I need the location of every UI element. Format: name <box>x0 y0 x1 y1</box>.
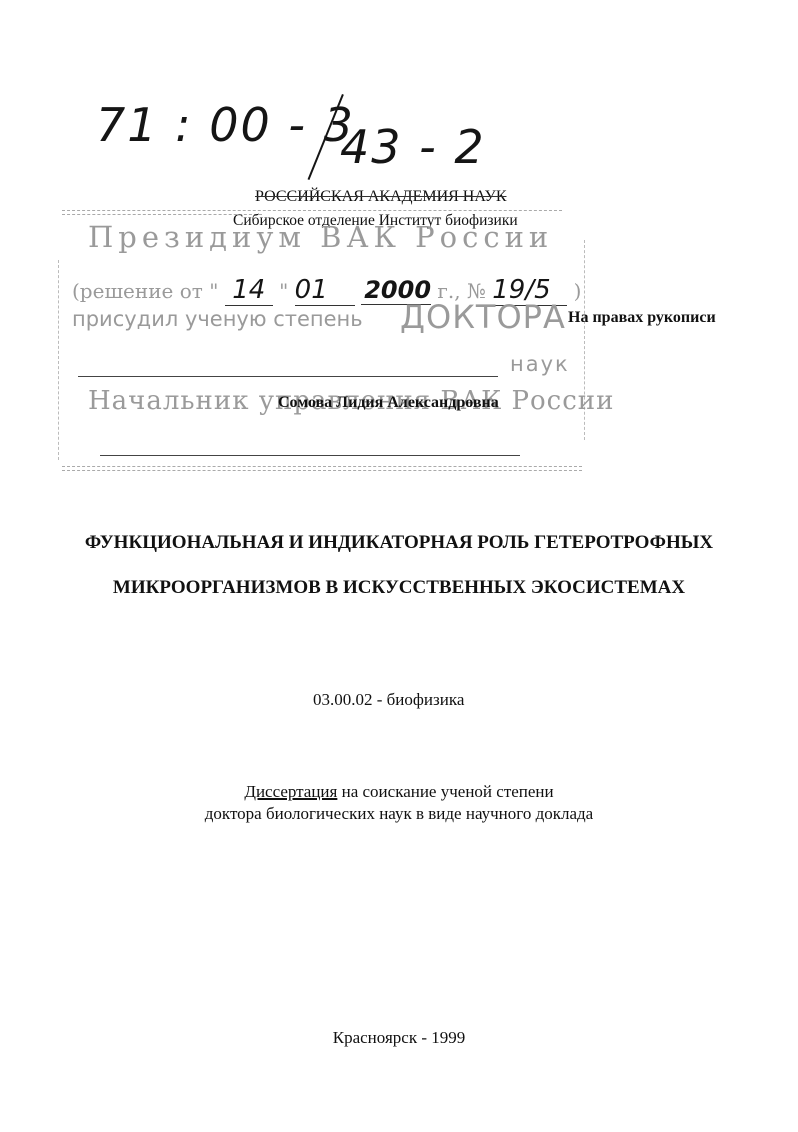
stamp-bottom-border <box>62 466 582 467</box>
stamp-left-border <box>58 260 59 460</box>
degree-statement-line-2: доктора биологических наук в виде научно… <box>0 804 798 824</box>
stamp-top-border <box>62 210 562 211</box>
degree-statement-rest: на соискание ученой степени <box>337 782 553 801</box>
archive-code-right: 43 - 2 <box>340 120 486 174</box>
stamp-awarded-degree: ДОКТОРА <box>400 298 566 336</box>
decision-day: 14 <box>225 275 273 306</box>
specialty-code: 03.00.02 - биофизика <box>313 690 464 710</box>
title-line-2: МИКРООРГАНИЗМОВ В ИСКУССТВЕННЫХ ЭКОСИСТЕ… <box>0 577 798 599</box>
stamp-top-border-2 <box>62 214 262 215</box>
decision-mid-quote: " <box>279 279 288 303</box>
academy-name: РОССИЙСКАЯ АКАДЕМИЯ НАУК <box>255 188 507 206</box>
author-name: Сомова Лидия Александровна <box>278 394 499 412</box>
stamp-signature-line <box>100 455 520 456</box>
decision-month: 01 <box>295 275 355 306</box>
stamp-presidium: Президиум ВАК России <box>88 220 553 254</box>
decision-close: ) <box>574 279 582 303</box>
decision-prefix: (решение от " <box>72 279 218 303</box>
stamp-field-suffix: наук <box>510 352 570 376</box>
stamp-bottom-border-2 <box>62 470 582 471</box>
dissertation-word: Диссертация <box>244 782 337 801</box>
manuscript-note: На правах рукописи <box>568 309 716 327</box>
archive-code-left: 71 : 00 - 3 <box>96 98 355 152</box>
stamp-field-line <box>78 376 498 377</box>
place-year: Красноярск - 1999 <box>0 1028 798 1048</box>
degree-statement-line-1: Диссертация на соискание ученой степени <box>0 782 798 802</box>
stamp-awarded-prefix: присудил ученую степень <box>72 307 363 331</box>
title-line-1: ФУНКЦИОНАЛЬНАЯ И ИНДИКАТОРНАЯ РОЛЬ ГЕТЕР… <box>0 532 798 554</box>
